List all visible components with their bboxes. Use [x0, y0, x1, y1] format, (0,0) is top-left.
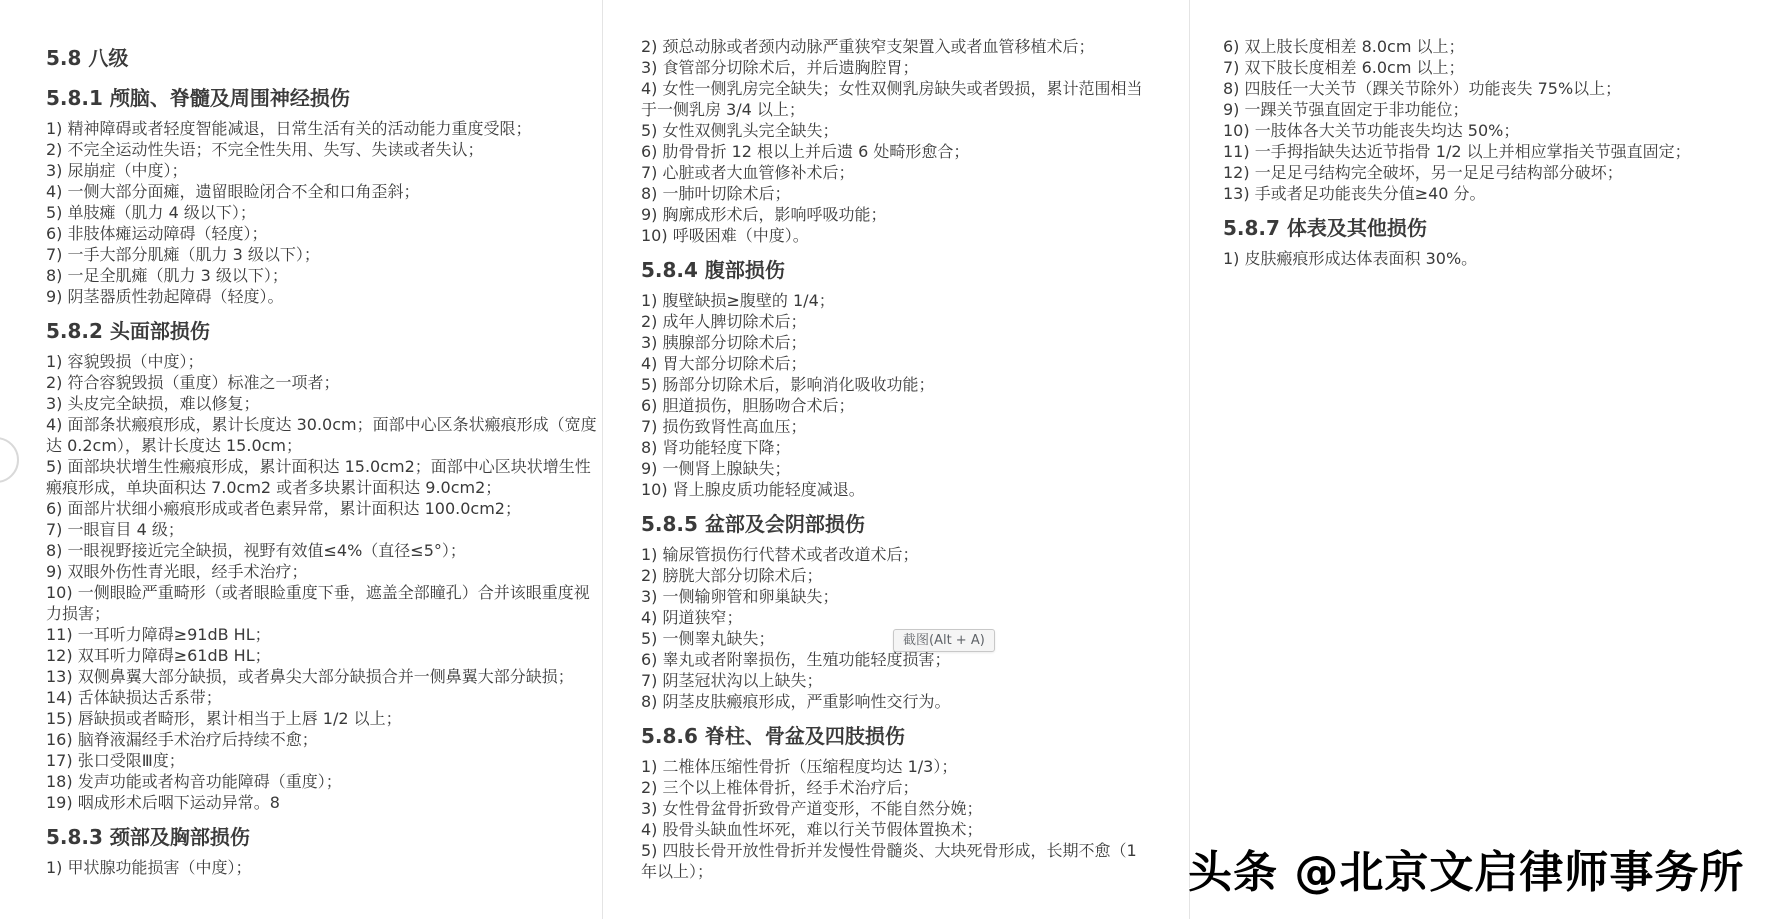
list-item: 7) 一眼盲目 4 级；	[46, 519, 602, 540]
watermark: 头条 @北京文启律师事务所	[1188, 836, 1744, 900]
list-item: 1) 皮肤瘢痕形成达体表面积 30%。	[1223, 248, 1748, 269]
list-item: 3) 头皮完全缺损，难以修复；	[46, 393, 602, 414]
list-item: 2) 不完全运动性失语；不完全性失用、失写、失读或者失认；	[46, 139, 602, 160]
list-item: 3) 尿崩症（中度）；	[46, 160, 602, 181]
list-item: 13) 手或者足功能丧失分值≥40 分。	[1223, 183, 1748, 204]
list-item: 6) 双上肢长度相差 8.0cm 以上；	[1223, 36, 1748, 57]
section-heading: 5.8.1 颅脑、脊髓及周围神经损伤	[46, 86, 602, 110]
list-item: 6) 肋骨骨折 12 根以上并后遗 6 处畸形愈合；	[641, 141, 1147, 162]
list-item: 5) 女性双侧乳头完全缺失；	[641, 120, 1147, 141]
section-heading: 5.8.3 颈部及胸部损伤	[46, 825, 602, 849]
list-item: 4) 胃大部分切除术后；	[641, 353, 1147, 374]
list-item: 1) 二椎体压缩性骨折（压缩程度均达 1/3）；	[641, 756, 1147, 777]
list-item: 9) 一踝关节强直固定于非功能位；	[1223, 99, 1748, 120]
list-item: 19) 咽成形术后咽下运动异常。8	[46, 792, 602, 813]
list-item: 2) 符合容貌毁损（重度）标准之一项者；	[46, 372, 602, 393]
list-item: 5) 四肢长骨开放性骨折并发慢性骨髓炎、大块死骨形成，长期不愈（1 年以上）；	[641, 840, 1147, 882]
list-item: 9) 胸廓成形术后，影响呼吸功能；	[641, 204, 1147, 225]
list-item: 18) 发声功能或者构音功能障碍（重度）；	[46, 771, 602, 792]
list-item: 6) 睾丸或者附睾损伤，生殖功能轻度损害；	[641, 649, 1147, 670]
list-item: 1) 甲状腺功能损害（中度）；	[46, 857, 602, 878]
list-item: 1) 腹壁缺损≥腹壁的 1/4；	[641, 290, 1147, 311]
list-item: 6) 胆道损伤，胆肠吻合术后；	[641, 395, 1147, 416]
list-item: 3) 女性骨盆骨折致骨产道变形，不能自然分娩；	[641, 798, 1147, 819]
list-item: 10) 呼吸困难（中度）。	[641, 225, 1147, 246]
list-item: 11) 一耳听力障碍≥91dB HL；	[46, 624, 602, 645]
section-heading: 5.8.5 盆部及会阴部损伤	[641, 512, 1147, 536]
list-item: 7) 心脏或者大血管修补术后；	[641, 162, 1147, 183]
section-heading: 5.8.6 脊柱、骨盆及四肢损伤	[641, 724, 1147, 748]
list-item: 5) 肠部分切除术后，影响消化吸收功能；	[641, 374, 1147, 395]
list-item: 9) 阴茎器质性勃起障碍（轻度）。	[46, 286, 602, 307]
list-item: 13) 双侧鼻翼大部分缺损，或者鼻尖大部分缺损合并一侧鼻翼大部分缺损；	[46, 666, 602, 687]
list-item: 4) 面部条状瘢痕形成，累计长度达 30.0cm；面部中心区条状瘢痕形成（宽度达…	[46, 414, 602, 456]
list-item: 5) 单肢瘫（肌力 4 级以下）；	[46, 202, 602, 223]
list-item: 3) 一侧输卵管和卵巢缺失；	[641, 586, 1147, 607]
list-item: 1) 精神障碍或者轻度智能减退，日常生活有关的活动能力重度受限；	[46, 118, 602, 139]
list-item: 3) 食管部分切除术后，并后遗胸腔胃；	[641, 57, 1147, 78]
list-item: 5) 面部块状增生性瘢痕形成，累计面积达 15.0cm2；面部中心区块状增生性瘢…	[46, 456, 602, 498]
list-item: 1) 输尿管损伤行代替术或者改道术后；	[641, 544, 1147, 565]
list-item: 10) 一侧眼睑严重畸形（或者眼睑重度下垂，遮盖全部瞳孔）合并该眼重度视力损害；	[46, 582, 602, 624]
column-divider	[602, 0, 603, 919]
list-item: 8) 一足全肌瘫（肌力 3 级以下）；	[46, 265, 602, 286]
list-item: 8) 一眼视野接近完全缺损，视野有效值≤4%（直径≤5°）；	[46, 540, 602, 561]
list-item: 7) 损伤致肾性高血压；	[641, 416, 1147, 437]
list-item: 2) 成年人脾切除术后；	[641, 311, 1147, 332]
column-divider	[1189, 0, 1190, 919]
list-item: 6) 面部片状细小瘢痕形成或者色素异常，累计面积达 100.0cm2；	[46, 498, 602, 519]
list-item: 8) 一肺叶切除术后；	[641, 183, 1147, 204]
text-column-middle: 2) 颈总动脉或者颈内动脉严重狭窄支架置入或者血管移植术后；3) 食管部分切除术…	[641, 36, 1147, 882]
list-item: 12) 双耳听力障碍≥61dB HL；	[46, 645, 602, 666]
list-item: 2) 三个以上椎体骨折，经手术治疗后；	[641, 777, 1147, 798]
list-item: 8) 阴茎皮肤瘢痕形成，严重影响性交行为。	[641, 691, 1147, 712]
list-item: 15) 唇缺损或者畸形，累计相当于上唇 1/2 以上；	[46, 708, 602, 729]
list-item: 7) 双下肢长度相差 6.0cm 以上；	[1223, 57, 1748, 78]
list-item: 7) 一手大部分肌瘫（肌力 3 级以下）；	[46, 244, 602, 265]
screenshot-tooltip: 截图(Alt + A)	[893, 629, 995, 652]
list-item: 1) 容貌毁损（中度）；	[46, 351, 602, 372]
list-item: 12) 一足足弓结构完全破坏，另一足足弓结构部分破坏；	[1223, 162, 1748, 183]
document-page: 5.8 八级5.8.1 颅脑、脊髓及周围神经损伤1) 精神障碍或者轻度智能减退，…	[0, 0, 1775, 919]
list-item: 4) 股骨头缺血性坏死，难以行关节假体置换术；	[641, 819, 1147, 840]
list-item: 9) 双眼外伤性青光眼，经手术治疗；	[46, 561, 602, 582]
section-heading: 5.8.4 腹部损伤	[641, 258, 1147, 282]
list-item: 14) 舌体缺损达舌系带；	[46, 687, 602, 708]
list-item: 10) 肾上腺皮质功能轻度减退。	[641, 479, 1147, 500]
list-item: 6) 非肢体瘫运动障碍（轻度）；	[46, 223, 602, 244]
list-item: 3) 胰腺部分切除术后；	[641, 332, 1147, 353]
list-item: 4) 阴道狭窄；	[641, 607, 1147, 628]
list-item: 7) 阴茎冠状沟以上缺失；	[641, 670, 1147, 691]
list-item: 17) 张口受限Ⅲ度；	[46, 750, 602, 771]
text-column-left: 5.8 八级5.8.1 颅脑、脊髓及周围神经损伤1) 精神障碍或者轻度智能减退，…	[46, 38, 602, 878]
list-item: 8) 四肢任一大关节（踝关节除外）功能丧失 75%以上；	[1223, 78, 1748, 99]
list-item: 11) 一手拇指缺失达近节指骨 1/2 以上并相应掌指关节强直固定；	[1223, 141, 1748, 162]
left-edge-nav-circle[interactable]	[0, 437, 19, 483]
list-item: 4) 一侧大部分面瘫，遗留眼睑闭合不全和口角歪斜；	[46, 181, 602, 202]
section-heading: 5.8.2 头面部损伤	[46, 319, 602, 343]
list-item: 10) 一肢体各大关节功能丧失均达 50%；	[1223, 120, 1748, 141]
list-item: 16) 脑脊液漏经手术治疗后持续不愈；	[46, 729, 602, 750]
list-item: 4) 女性一侧乳房完全缺失；女性双侧乳房缺失或者毁损，累计范围相当于一侧乳房 3…	[641, 78, 1147, 120]
text-column-right: 6) 双上肢长度相差 8.0cm 以上；7) 双下肢长度相差 6.0cm 以上；…	[1223, 36, 1748, 269]
list-item: 2) 膀胱大部分切除术后；	[641, 565, 1147, 586]
list-item: 9) 一侧肾上腺缺失；	[641, 458, 1147, 479]
list-item: 8) 肾功能轻度下降；	[641, 437, 1147, 458]
section-heading: 5.8.7 体表及其他损伤	[1223, 216, 1748, 240]
page-title: 5.8 八级	[46, 46, 602, 70]
list-item: 2) 颈总动脉或者颈内动脉严重狭窄支架置入或者血管移植术后；	[641, 36, 1147, 57]
